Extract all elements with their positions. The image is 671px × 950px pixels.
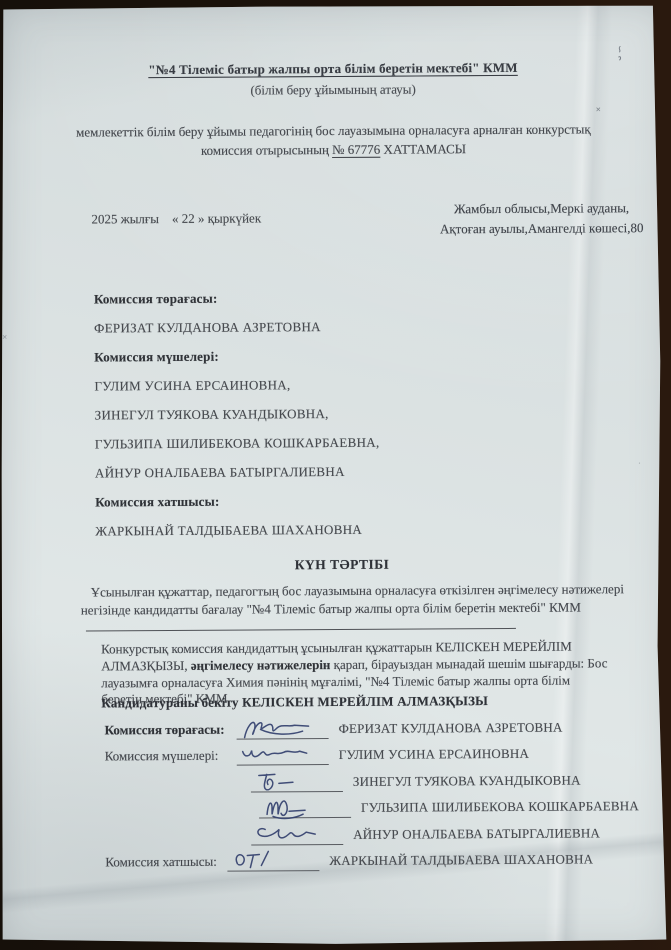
- signature-row-label: Комиссия мүшелері:: [105, 748, 237, 767]
- commission-secretary-name: ЖАРКЫНАЙ ТАЛДЫБАЕВА ШАХАНОВНА: [95, 515, 380, 546]
- agenda-paragraph: Ұсынылған құжаттар, педагогтың бос лауаз…: [81, 580, 646, 619]
- protocol-line2-suffix: ХАТТАМАСЫ: [380, 141, 466, 157]
- signature-name: ГУЛЬЗИПА ШИЛИБЕКОВА КОШКАРБАЕВНА: [361, 798, 639, 818]
- signature-line: [251, 821, 343, 845]
- signature-row: ГУЛЬЗИПА ШИЛИБЕКОВА КОШКАРБАЕВНА: [105, 790, 625, 820]
- signature-line: [237, 742, 329, 766]
- signature-row: АЙНУР ОНАЛБАЕВА БАТЫРГАЛИЕВНА: [105, 816, 625, 846]
- signature-row-label: Комиссия төрағасы:: [105, 721, 237, 740]
- document-title-block: "№4 Тілеміс батыр жалпы орта білім берет…: [0, 56, 669, 102]
- commission-secretary-label: Комиссия хатшысы:: [95, 486, 380, 517]
- candidate-approval-line: Кандидатураны бекіту КЕЛІСКЕН МЕРЕЙЛІМ А…: [101, 693, 488, 711]
- commission-member: ГУЛЬЗИПА ШИЛИБЕКОВА КОШКАРБАЕВНА,: [95, 428, 380, 459]
- protocol-heading: мемлекеттік білім беру ұйымы педагогінің…: [0, 119, 669, 161]
- commission-chair-name: ФЕРИЗАТ КУЛДАНОВА АЗРЕТОВНА: [94, 312, 379, 343]
- signature-name: ГУЛИМ УСИНА ЕРСАИНОВНА: [339, 746, 529, 765]
- date-location-row: 2025 жылғы « 22 » қыркүйек Жамбыл облысы…: [0, 198, 669, 202]
- ink-speck-icon: ×: [596, 104, 601, 114]
- signature-name: ФЕРИЗАТ КУЛДАНОВА АЗРЕТОВНА: [338, 719, 562, 738]
- signature-row: Комиссия мүшелері: ГУЛИМ УСИНА ЕРСАИНОВН…: [105, 737, 625, 767]
- signature-line: [259, 795, 351, 819]
- ink-speck-icon: ·: [638, 458, 641, 468]
- document-content: "№4 Тілеміс батыр жалпы орта білім берет…: [0, 0, 671, 950]
- protocol-number: № 67776: [332, 142, 380, 157]
- ink-speck-icon: [615, 44, 625, 64]
- signature-name: АЙНУР ОНАЛБАЕВА БАТЫРГАЛИЕВНА: [353, 825, 600, 845]
- commission-member: АЙНУР ОНАЛБАЕВА БАТЫРГАЛИЕВНА: [95, 457, 380, 488]
- signature-line: [251, 768, 343, 792]
- location-line2: Ақтоған ауылы,Амангелді көшесі,80: [440, 218, 644, 239]
- signature-name: ЖАРКЫНАЙ ТАЛДЫБАЕВА ШАХАНОВНА: [329, 851, 593, 871]
- decision-bold-phrase: әңгімелесу нәтижелерін: [191, 657, 331, 673]
- commission-list: Комиссия төрағасы: ФЕРИЗАТ КУЛДАНОВА АЗР…: [94, 283, 380, 546]
- commission-chair-label: Комиссия төрағасы:: [94, 283, 379, 314]
- ink-speck-icon: ×: [2, 332, 7, 342]
- commission-members-label: Комиссия мүшелері:: [94, 341, 379, 372]
- signature-name: ЗИНЕГУЛ ТУЯКОВА КУАНДЫКОВНА: [353, 772, 581, 791]
- location-block: Жамбыл облысы,Меркі ауданы, Ақтоған ауыл…: [440, 198, 644, 239]
- location-line1: Жамбыл облысы,Меркі ауданы,: [440, 198, 644, 219]
- signature-row: Комиссия төрағасы: ФЕРИЗАТ КУЛДАНОВА АЗР…: [104, 710, 624, 740]
- protocol-date: 2025 жылғы « 22 » қыркүйек: [91, 210, 261, 227]
- signature-row: Комиссия хатшысы: ЖАРКЫНАЙ ТАЛДЫБАЕВА ША…: [105, 843, 625, 873]
- signature-line: [236, 716, 328, 740]
- protocol-line2-prefix: комиссия отырысының: [201, 142, 332, 158]
- signature-row-label: Комиссия хатшысы:: [105, 854, 237, 873]
- signature-row: ЗИНЕГУЛ ТУЯКОВА КУАНДЫКОВНА: [105, 763, 625, 793]
- signature-block: Комиссия төрағасы: ФЕРИЗАТ КУЛДАНОВА АЗР…: [104, 710, 625, 872]
- commission-member: ГУЛИМ УСИНА ЕРСАИНОВНА,: [94, 370, 379, 401]
- separator-line: [86, 628, 516, 632]
- agenda-heading: КҮН ТӘРТІБІ: [7, 555, 671, 575]
- signature-line: [227, 848, 319, 872]
- organization-name-caption: (білім беру ұйымының атауы): [0, 77, 669, 102]
- commission-member: ЗИНЕГУЛ ТУЯКОВА КУАНДЫКОВНА,: [95, 399, 380, 430]
